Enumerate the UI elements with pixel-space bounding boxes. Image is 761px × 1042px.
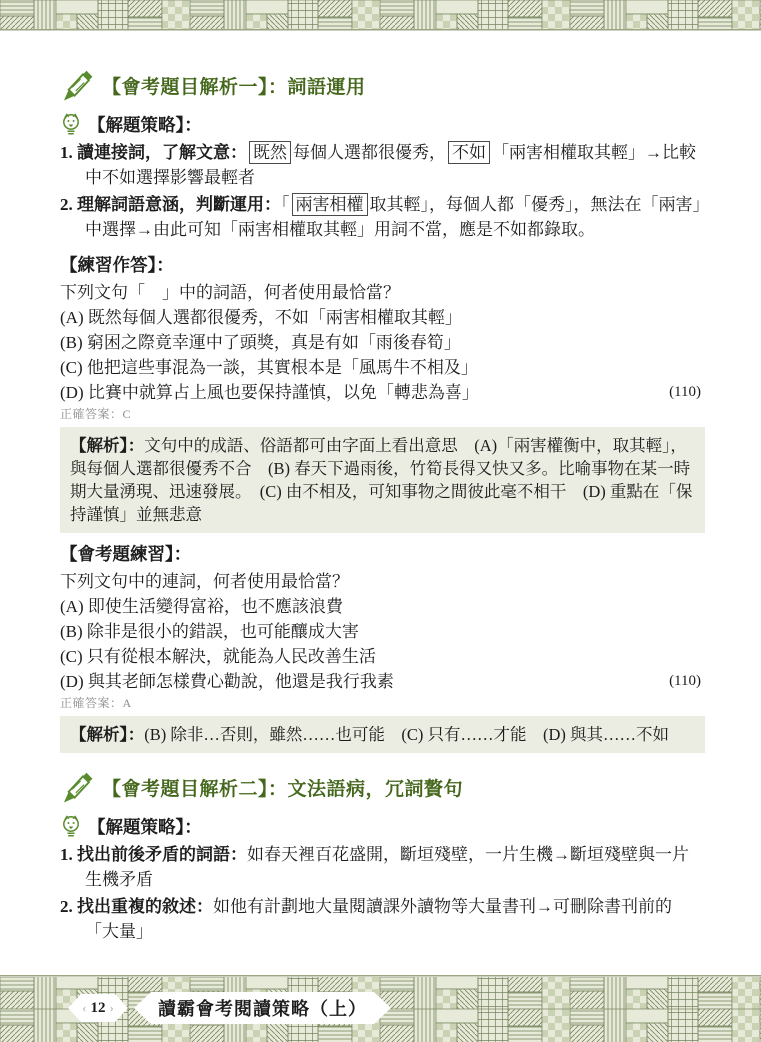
option-text: (A) 即使生活變得富裕，也不應該浪費: [60, 594, 343, 619]
option-row-b: (B) 除非是很小的錯誤，也可能釀成大害: [60, 619, 705, 644]
pencil-icon: [60, 768, 94, 806]
option-text: (C) 他把這些事混為一談，其實根本是「風馬牛不相及」: [60, 355, 478, 380]
option-row-a: (A) 既然每個人選都很優秀，不如「兩害相權取其輕」: [60, 305, 705, 330]
option-text: (B) 窮困之際竟幸運中了頭獎，真是有如「雨後春筍」: [60, 330, 461, 355]
strategy-label: 2. 理解詞語意涵，判斷運用：: [60, 195, 281, 214]
analysis-label: 【解析】：: [70, 436, 144, 455]
strategy-heading-label: 【解題策略】：: [88, 112, 202, 137]
page-content: 【會考題目解析一】：詞語運用 【解題策略】： 1. 讀連接詞，了解文意：既然每個…: [60, 64, 705, 944]
strategy-label: 1. 讀連接詞，了解文意：: [60, 143, 247, 162]
section2-header: 【會考題目解析二】：文法語病，冗詞贅句: [60, 766, 705, 808]
option-row-c: (C) 他把這些事混為一談，其實根本是「風馬牛不相及」: [60, 355, 705, 380]
analysis-box-1: 【解析】：文句中的成語、俗語都可由字面上看出意思 (A)「兩害權衡中，取其輕」，…: [60, 427, 705, 533]
option-text: (D) 比賽中就算占上風也要保持謹慎，以免「轉悲為喜」: [60, 380, 479, 405]
strategy-item-2: 2. 找出重複的敘述：如他有計劃地大量閱讀課外讀物等大量書刊→可刪除書刊前的「大…: [60, 894, 705, 944]
year-tag: (110): [669, 380, 705, 405]
strategy-label: 1. 找出前後矛盾的詞語：: [60, 845, 247, 864]
page-number-badge: ‹ 12 ›: [68, 994, 128, 1022]
section1-header: 【會考題目解析一】：詞語運用: [60, 64, 705, 106]
strategy-heading-label: 【解題策略】：: [88, 814, 202, 839]
option-text: (B) 除非是很小的錯誤，也可能釀成大害: [60, 619, 359, 644]
page-number: 12: [91, 1000, 106, 1017]
option-text: (C) 只有從根本解決，就能為人民改善生活: [60, 644, 376, 669]
book-title-badge: 讀霸會考閱讀策略（上）: [134, 992, 391, 1024]
strategy-label: 2. 找出重複的敘述：: [60, 897, 213, 916]
option-row-b: (B) 窮困之際竟幸運中了頭獎，真是有如「雨後春筍」: [60, 330, 705, 355]
exam-question: 下列文句中的連詞，何者使用最恰當？: [60, 569, 705, 594]
decorative-border-top: [0, 0, 761, 32]
analysis-box-2: 【解析】：(B) 除非…否則，雖然……也可能 (C) 只有……才能 (D) 與其…: [60, 716, 705, 753]
exam-practice-heading: 【會考題練習】：: [60, 541, 705, 567]
option-text: (D) 與其老師怎樣費心勸說，他還是我行我素: [60, 669, 394, 694]
section1-strategy-heading: 【解題策略】：: [60, 112, 705, 136]
boxed-word: 不如: [448, 141, 490, 164]
owl-lightbulb-icon: [60, 814, 82, 838]
page-footer: ‹ 12 › 讀霸會考閱讀策略（上）: [0, 975, 761, 1042]
option-row-d: (D) 與其老師怎樣費心勸說，他還是我行我素 (110): [60, 669, 705, 694]
strategy-item-2: 2. 理解詞語意涵，判斷運用：「兩害相權取其輕」，每個人都「優秀」，無法在「兩害…: [60, 192, 705, 242]
section1-title: 【會考題目解析一】：詞語運用: [102, 72, 366, 99]
practice-heading: 【練習作答】：: [60, 252, 705, 278]
chevron-right-icon: ›: [110, 1000, 114, 1016]
option-row-c: (C) 只有從根本解決，就能為人民改善生活: [60, 644, 705, 669]
boxed-word: 兩害相權: [292, 193, 368, 216]
option-row-d: (D) 比賽中就算占上風也要保持謹慎，以免「轉悲為喜」 (110): [60, 380, 705, 405]
practice-question: 下列文句「 」中的詞語，何者使用最恰當？: [60, 280, 705, 305]
correct-answer: 正確答案：C: [60, 405, 705, 423]
analysis-text: (B) 除非…否則，雖然……也可能 (C) 只有……才能 (D) 與其……不如: [144, 725, 669, 744]
option-text: (A) 既然每個人選都很優秀，不如「兩害相權取其輕」: [60, 305, 462, 330]
section2-title: 【會考題目解析二】：文法語病，冗詞贅句: [102, 774, 463, 801]
strategy-item-1: 1. 找出前後矛盾的詞語：如春天裡百花盛開，斷垣殘壁，一片生機→斷垣殘壁與一片生…: [60, 842, 705, 892]
footer-badges: ‹ 12 › 讀霸會考閱讀策略（上）: [68, 992, 391, 1024]
owl-lightbulb-icon: [60, 112, 82, 136]
strategy-item-1: 1. 讀連接詞，了解文意：既然每個人選都很優秀，不如「兩害相權取其輕」→比較中不…: [60, 140, 705, 190]
book-page: 【會考題目解析一】：詞語運用 【解題策略】： 1. 讀連接詞，了解文意：既然每個…: [0, 0, 761, 1042]
boxed-word: 既然: [249, 141, 291, 164]
analysis-text: 文句中的成語、俗語都可由字面上看出意思 (A)「兩害權衡中，取其輕」，與每個人選…: [70, 436, 692, 524]
analysis-label: 【解析】：: [70, 725, 144, 744]
correct-answer: 正確答案：A: [60, 694, 705, 712]
year-tag: (110): [669, 669, 705, 694]
section2-strategy-heading: 【解題策略】：: [60, 814, 705, 838]
option-row-a: (A) 即使生活變得富裕，也不應該浪費: [60, 594, 705, 619]
chevron-left-icon: ‹: [82, 1000, 86, 1016]
pencil-icon: [60, 66, 94, 104]
